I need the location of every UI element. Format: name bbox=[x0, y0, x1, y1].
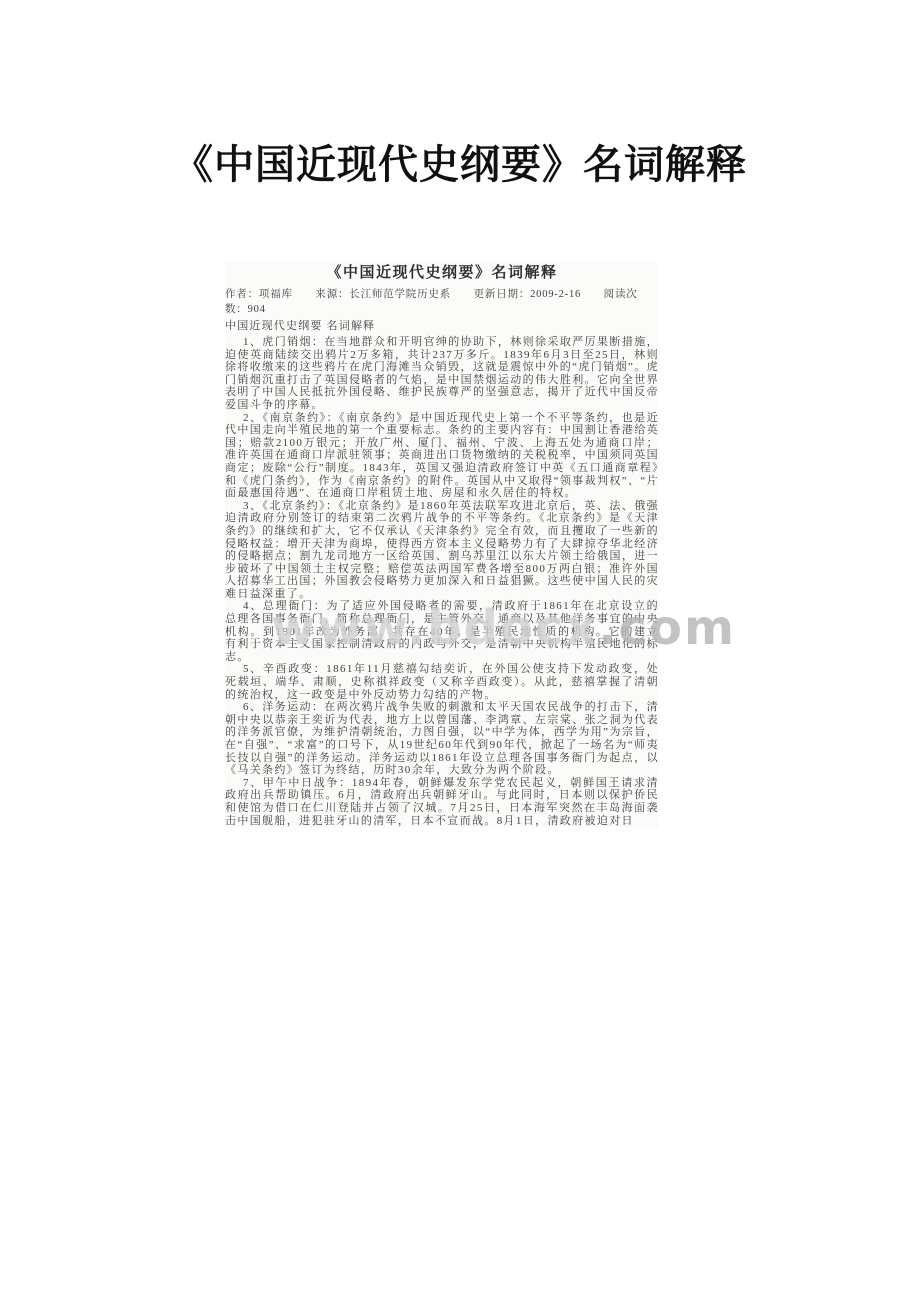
scan-title: 《中国近现代史纲要》名词解释 bbox=[225, 264, 659, 282]
scanned-document-image: 《中国近现代史纲要》名词解释 作者：项福库 来源：长江师范学院历史系 更新日期：… bbox=[225, 262, 659, 827]
glossary-entry-beijing-treaty: 3、《北京条约》：《北京条约》是1860年英法联军攻进北京后，英、法、俄强迫清政… bbox=[225, 500, 659, 601]
glossary-entry-jiawu-war: 7、甲午中日战争：1894年春，朝鲜爆发东学党农民起义，朝鲜国王请求清政府出兵帮… bbox=[225, 777, 659, 827]
glossary-entry-nanjing-treaty: 2、《南京条约》：《南京条约》是中国近现代史上第一个不平等条约，也是近代中国走向… bbox=[225, 412, 659, 500]
glossary-entry-zongli-yamen: 4、总理衙门：为了适应外国侵略者的需要，清政府于1861年在北京设立的总理各国事… bbox=[225, 600, 659, 663]
scan-subtitle: 中国近现代史纲要 名词解释 bbox=[225, 319, 659, 333]
glossary-entry-xinyou-coup: 5、辛酉政变：1861年11月慈禧勾结奕䜣，在外国公使支持下发动政变，处死载垣、… bbox=[225, 663, 659, 701]
page-title: 《中国近现代史纲要》名词解释 bbox=[0, 141, 920, 189]
glossary-entry-yangwu-movement: 6、洋务运动：在两次鸦片战争失败的刺激和太平天国农民战争的打击下，清朝中央以恭亲… bbox=[225, 701, 659, 777]
scan-body: 1、虎门销烟：在当地群众和开明官绅的协助下，林则徐采取严厉果断措施，迫使英商陆续… bbox=[225, 336, 659, 827]
scan-meta-line: 作者：项福库 来源：长江师范学院历史系 更新日期：2009-2-16 阅读次数：… bbox=[225, 288, 659, 317]
glossary-entry-humen-xiaoyan: 1、虎门销烟：在当地群众和开明官绅的协助下，林则徐采取严厉果断措施，迫使英商陆续… bbox=[225, 336, 659, 412]
